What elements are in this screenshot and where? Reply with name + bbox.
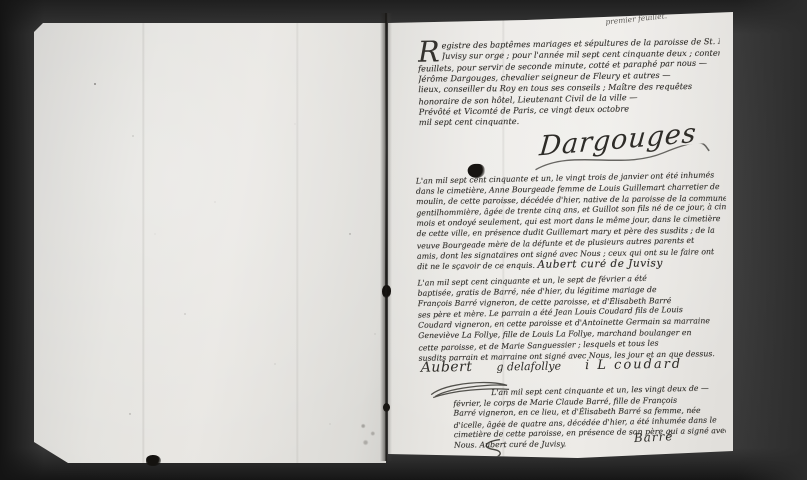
paraph-squiggle-icon <box>478 437 507 473</box>
signature-delafollye: g delafollye <box>496 360 561 374</box>
folio-annotation: premier feuillet. <box>605 11 667 26</box>
burial-act-paragraph: L'an mil sept cent cinquante et un, le v… <box>416 171 728 274</box>
signature-barre: Barré <box>634 429 674 445</box>
signature-aubert: Aubert <box>421 359 473 376</box>
left-blank-page <box>34 23 386 463</box>
gutter-ink-blob <box>382 285 391 298</box>
scanned-register-page: premier feuillet. R egistre des baptêmes… <box>0 0 807 480</box>
manuscript-content: premier feuillet. R egistre des baptêmes… <box>385 10 737 463</box>
bleed-through-smudge <box>356 420 380 450</box>
manuscript-line-text: dit ne le sçavoir de ce enquis. <box>417 261 535 271</box>
book-gutter <box>380 13 392 461</box>
right-manuscript-page: premier feuillet. R egistre des baptêmes… <box>388 12 733 460</box>
witness-signature-row: Aubert g delafollye i L coudard <box>421 355 721 376</box>
signature-coudard: i L coudard <box>585 357 682 374</box>
signature-aubert-inline: Aubert curé de Juvisy <box>537 258 663 271</box>
baptism-act-paragraph: L'an mil sept cent cinquante et un, le s… <box>417 273 728 364</box>
certification-paragraph: R egistre des baptêmes mariages et sépul… <box>418 36 721 129</box>
ink-spot-bottom-left <box>146 455 161 466</box>
gutter-ink-blob <box>383 403 390 412</box>
manuscript-line: dit ne le sçavoir de ce enquis. Aubert c… <box>417 258 727 273</box>
paper-speckles <box>94 83 96 85</box>
drop-cap-initial: R <box>418 40 440 62</box>
